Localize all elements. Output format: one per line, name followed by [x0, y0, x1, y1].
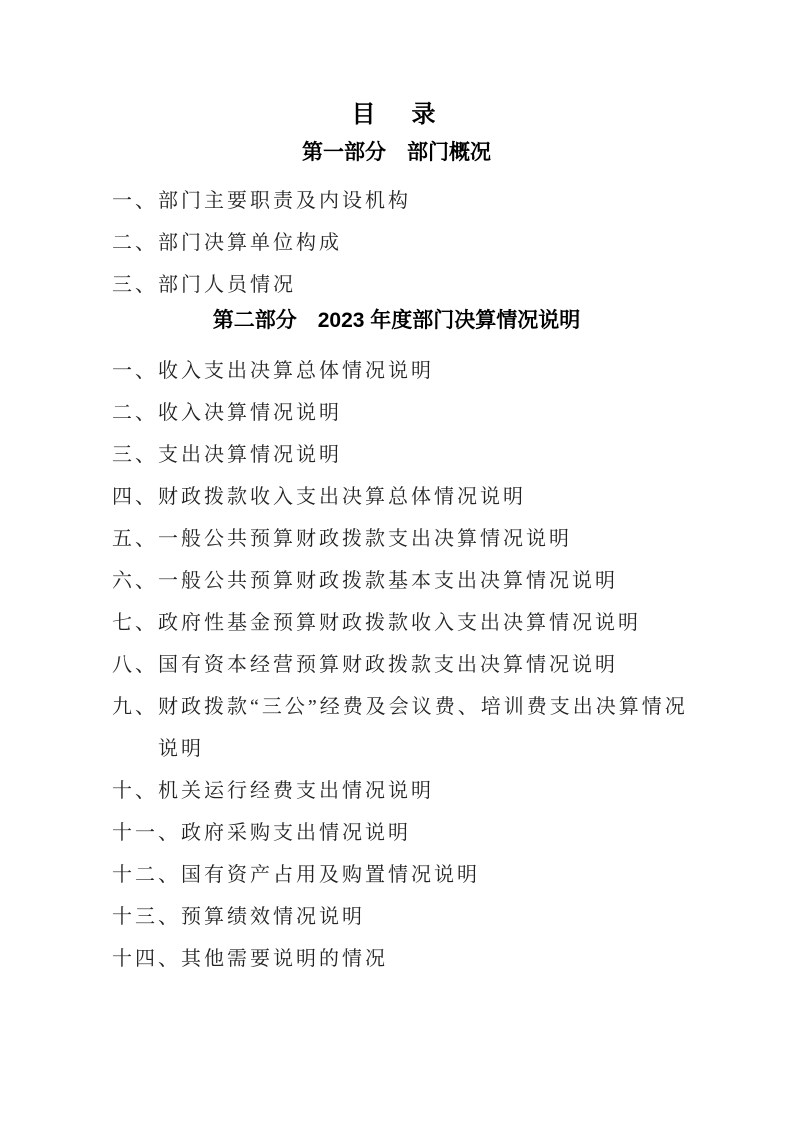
toc-entry: 十二、国有资产占用及购置情况说明 — [112, 851, 723, 893]
toc-entry: 五、一般公共预算财政拨款支出决算情况说明 — [112, 515, 723, 557]
toc-entry: 三、支出决算情况说明 — [112, 431, 723, 473]
toc-entry: 十一、政府采购支出情况说明 — [112, 809, 723, 851]
toc-entry: 二、收入决算情况说明 — [112, 389, 723, 431]
part1-items: 一、部门主要职责及内设机构 二、部门决算单位构成 三、部门人员情况 — [112, 177, 723, 303]
toc-entry: 十、机关运行经费支出情况说明 — [112, 767, 723, 809]
toc-entry: 八、国有资本经营预算财政拨款支出决算情况说明 — [112, 641, 723, 683]
toc-entry: 三、部门人员情况 — [112, 261, 723, 303]
toc-entry: 六、一般公共预算财政拨款基本支出决算情况说明 — [112, 557, 723, 599]
document-page: 目 录 第一部分 部门概况 一、部门主要职责及内设机构 二、部门决算单位构成 三… — [0, 0, 793, 1122]
toc-entry: 一、收入支出决算总体情况说明 — [112, 347, 723, 389]
toc-entry: 九、财政拨款“三公”经费及会议费、培训费支出决算情况 — [112, 683, 723, 725]
toc-entry-continuation: 说明 — [112, 725, 723, 767]
toc-entry: 四、财政拨款收入支出决算总体情况说明 — [112, 473, 723, 515]
toc-entry: 十四、其他需要说明的情况 — [112, 935, 723, 977]
part2-items: 一、收入支出决算总体情况说明 二、收入决算情况说明 三、支出决算情况说明 四、财… — [112, 347, 723, 977]
part1-heading: 第一部分 部门概况 — [0, 140, 793, 166]
toc-title: 目 录 — [0, 101, 793, 129]
part2-heading: 第二部分 2023 年度部门决算情况说明 — [0, 308, 793, 334]
toc-entry: 二、部门决算单位构成 — [112, 219, 723, 261]
toc-entry: 一、部门主要职责及内设机构 — [112, 177, 723, 219]
toc-entry: 十三、预算绩效情况说明 — [112, 893, 723, 935]
toc-entry: 七、政府性基金预算财政拨款收入支出决算情况说明 — [112, 599, 723, 641]
